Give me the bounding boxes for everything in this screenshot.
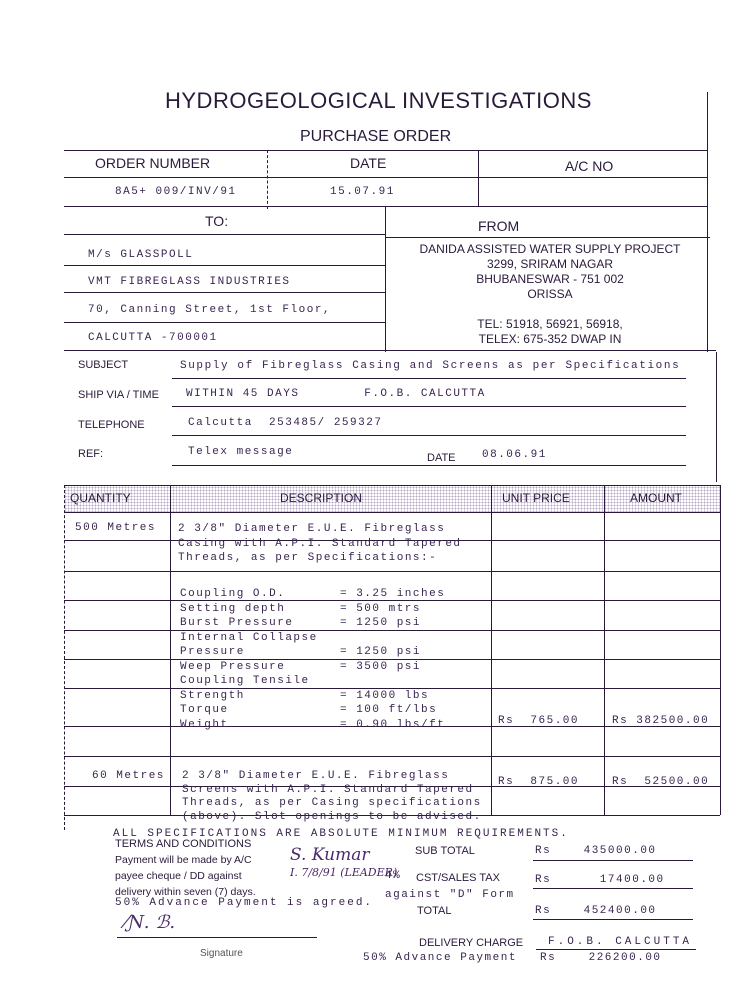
delivery-charge-label: DELIVERY CHARGE: [419, 937, 523, 949]
spec-value: = 3500 psi: [340, 660, 421, 675]
item2-desc-line-1: 2 3/8" Diameter E.U.E. Fibreglass: [182, 770, 502, 784]
spec-row: Internal Collapse: [180, 631, 490, 646]
spec-name: Internal Collapse: [180, 631, 340, 646]
rule: [64, 206, 708, 207]
document-subtitle: PURCHASE ORDER: [300, 128, 451, 146]
total-label: TOTAL: [417, 905, 451, 917]
ref-label: REF:: [78, 448, 103, 460]
item2-desc-line-3: Threads, as per Casing specifications: [182, 797, 502, 811]
col-header-amount: AMOUNT: [630, 491, 682, 505]
signature-label: Signature: [200, 948, 243, 959]
signature-scrawl: ⁄Ɲ. ℬ.: [125, 912, 175, 933]
spec-name: Coupling O.D.: [180, 587, 340, 602]
tax-rate-note: 4%: [385, 870, 401, 882]
spec-value: = 1250 psi: [340, 645, 421, 660]
to-label: TO:: [205, 213, 228, 229]
item2-desc-line-4: (above). Slot openings to be advised.: [182, 811, 502, 825]
rule: [172, 465, 686, 466]
spec-name: Burst Pressure: [180, 616, 340, 631]
item1-unit-price: Rs 765.00: [498, 715, 579, 727]
divider: [267, 150, 268, 209]
spec-name: Pressure: [180, 645, 340, 660]
item2-desc-line-2: Screens with A.P.I. Standard Tapered: [182, 784, 502, 798]
spec-row: Pressure= 1250 psi: [180, 645, 490, 660]
rule: [536, 949, 696, 950]
item2-quantity: 60 Metres: [92, 770, 165, 782]
spec-row: Setting depth= 500 mtrs: [180, 602, 490, 617]
to-line-3: 70, Canning Street, 1st Floor,: [88, 304, 331, 316]
rule: [64, 234, 386, 235]
table-header-shade: [64, 486, 720, 512]
rule: [385, 237, 710, 238]
to-line-4: CALCUTTA -700001: [88, 332, 218, 344]
col-divider: [720, 485, 721, 815]
ref-date-label: DATE: [427, 452, 456, 464]
rule: [172, 378, 686, 379]
telephone-value: Calcutta 253485/ 259327: [188, 417, 382, 429]
spec-row: Strength= 14000 lbs: [180, 689, 490, 704]
rule: [533, 860, 693, 861]
rule: [533, 888, 693, 889]
date-value: 15.07.91: [330, 186, 395, 198]
terms-line-1: Payment will be made by A/C: [115, 852, 256, 868]
item1-desc-line-3: Threads, as per Specifications:-: [178, 551, 498, 566]
from-tel: TEL: 51918, 56921, 56918,: [385, 317, 715, 332]
item1-desc-line-2: Casing with A.P.I. Standard Tapered: [178, 537, 498, 552]
spec-name: Coupling Tensile: [180, 674, 340, 689]
approval-handwriting: S. Kumar: [290, 845, 370, 865]
tax-label: CST/SALES TAX: [416, 872, 500, 884]
col-divider: [604, 485, 605, 815]
subject-value: Supply of Fibreglass Casing and Screens …: [180, 360, 680, 372]
item1-quantity: 500 Metres: [75, 522, 156, 534]
divider: [478, 150, 479, 206]
item1-desc-line-1: 2 3/8" Diameter E.U.E. Fibreglass: [178, 522, 498, 537]
rule: [64, 350, 716, 351]
spec-name: Weight: [180, 718, 340, 733]
ref-value: Telex message: [188, 446, 293, 458]
item1-amount: Rs 382500.00: [612, 715, 709, 727]
from-address: DANIDA ASSISTED WATER SUPPLY PROJECT 329…: [385, 242, 715, 347]
ship-label: SHIP VIA / TIME: [78, 389, 159, 401]
to-line-2: VMT FIBREGLASS INDUSTRIES: [88, 276, 291, 288]
spec-value: = 0.90 lbs/ft: [340, 718, 445, 733]
document-title: HYDROGEOLOGICAL INVESTIGATIONS: [165, 88, 592, 114]
rule: [172, 435, 686, 436]
border-right-mid: [716, 352, 717, 482]
spec-row: Weight= 0.90 lbs/ft: [180, 718, 490, 733]
spec-name: Setting depth: [180, 602, 340, 617]
spec-row: Burst Pressure= 1250 psi: [180, 616, 490, 631]
telephone-label: TELEPHONE: [78, 419, 145, 431]
terms-heading: TERMS AND CONDITIONS: [115, 838, 251, 850]
date-label: DATE: [350, 155, 386, 171]
item1-description: 2 3/8" Diameter E.U.E. Fibreglass Casing…: [178, 522, 498, 566]
order-number-label: ORDER NUMBER: [95, 155, 210, 171]
rule: [64, 177, 708, 178]
spec-row: Coupling Tensile: [180, 674, 490, 689]
total-value: Rs 452400.00: [535, 905, 657, 917]
item1-specs: Coupling O.D.= 3.25 inches Setting depth…: [180, 587, 490, 732]
advance-note: 50% Advance Payment is agreed.: [115, 897, 373, 909]
subject-label: SUBJECT: [78, 359, 128, 371]
advance-payment-label: 50% Advance Payment: [363, 952, 517, 964]
item2-description: 2 3/8" Diameter E.U.E. Fibreglass Screen…: [182, 770, 502, 824]
rule: [172, 406, 686, 407]
col-divider: [170, 485, 171, 815]
spec-value: = 500 mtrs: [340, 602, 421, 617]
advance-payment-value: Rs 226200.00: [540, 952, 662, 964]
tax-value: Rs 17400.00: [535, 874, 665, 886]
rule: [64, 265, 386, 266]
from-line-1: DANIDA ASSISTED WATER SUPPLY PROJECT: [385, 242, 715, 257]
rule: [64, 485, 720, 486]
terms-line-2: payee cheque / DD against: [115, 868, 256, 884]
from-label: FROM: [478, 218, 519, 234]
approval-note-handwriting: I. 7/8/91 (LEADER): [290, 866, 397, 879]
spec-value: = 14000 lbs: [340, 689, 429, 704]
spec-name: Strength: [180, 689, 340, 704]
spec-value: = 100 ft/lbs: [340, 703, 437, 718]
from-line-2: 3299, SRIRAM NAGAR: [385, 257, 715, 272]
tax-form-note: against "D" Form: [385, 889, 515, 901]
from-line-3: BHUBANESWAR - 751 002: [385, 272, 715, 287]
col-divider: [64, 485, 65, 830]
rule: [64, 512, 720, 513]
ref-date-value: 08.06.91: [482, 449, 547, 461]
from-telex: TELEX: 675-352 DWAP IN: [385, 332, 715, 347]
delivery-charge-value: F.O.B. CALCUTTA: [548, 936, 692, 948]
col-header-unit-price: UNIT PRICE: [502, 491, 570, 505]
row-line: [64, 571, 720, 572]
col-header-description: DESCRIPTION: [280, 491, 362, 505]
rule: [64, 150, 708, 151]
order-number-value: 8A5+ 009/INV/91: [115, 186, 237, 198]
col-header-quantity: QUANTITY: [70, 491, 131, 505]
to-line-1: M/s GLASSPOLL: [88, 249, 193, 261]
spec-name: Weep Pressure: [180, 660, 340, 675]
spec-value: = 1250 psi: [340, 616, 421, 631]
ship-value: WITHIN 45 DAYS F.O.B. CALCUTTA: [186, 388, 486, 400]
item2-unit-price: Rs 875.00: [498, 776, 579, 788]
ac-no-label: A/C NO: [565, 158, 613, 174]
subtotal-value: Rs 435000.00: [535, 845, 657, 857]
spec-value: = 3.25 inches: [340, 587, 445, 602]
rule: [64, 322, 386, 323]
spec-row: Torque= 100 ft/lbs: [180, 703, 490, 718]
subtotal-label: SUB TOTAL: [415, 845, 475, 857]
terms-text: Payment will be made by A/C payee cheque…: [115, 852, 256, 900]
rule: [533, 919, 693, 920]
signature-line: [117, 937, 317, 938]
spec-name: Torque: [180, 703, 340, 718]
spec-row: Weep Pressure= 3500 psi: [180, 660, 490, 675]
item2-amount: Rs 52500.00: [612, 776, 709, 788]
spec-row: Coupling O.D.= 3.25 inches: [180, 587, 490, 602]
row-line: [64, 756, 720, 757]
from-line-4: ORISSA: [385, 287, 715, 302]
rule: [64, 292, 386, 293]
